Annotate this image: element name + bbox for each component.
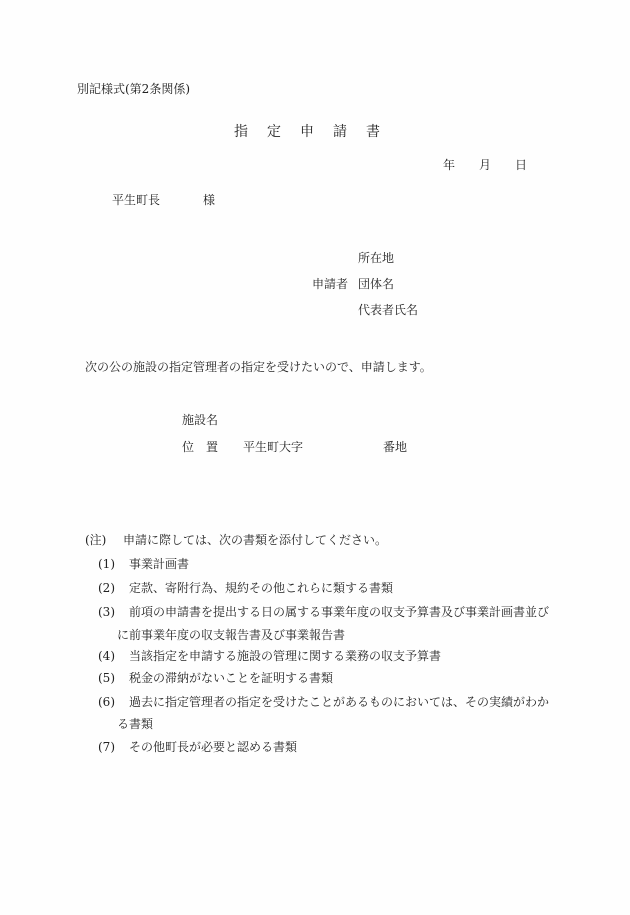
note-item-4-num: (4) (98, 648, 115, 664)
notes-marker: (注) (85, 532, 106, 548)
facility-position-label: 位 置 (182, 439, 218, 455)
note-item-2-text: 定款、寄附行為、規約その他これらに類する書類 (129, 580, 393, 596)
applicant-address-label: 所在地 (358, 250, 394, 266)
facility-address-suffix: 番地 (383, 439, 407, 455)
applicant-label: 申請者 (312, 276, 348, 292)
document-title: 指定申請書 (234, 123, 399, 141)
body-text: 次の公の施設の指定管理者の指定を受けたいので、申請します。 (85, 359, 432, 375)
addressee-name: 平生町長 (112, 192, 160, 208)
date-line: 年 月 日 (443, 157, 527, 173)
note-item-7-text: その他町長が必要と認める書類 (129, 739, 297, 755)
application-form-document: 別記様式(第2条関係) 指定申請書 年 月 日 平生町長 様 所在地 申請者 団… (0, 0, 630, 915)
note-item-3-text: 前項の申請書を提出する日の属する事業年度の収支予算書及び事業計画書並び (129, 604, 549, 620)
note-item-6-num: (6) (98, 694, 115, 710)
note-item-3-text-cont: に前事業年度の収支報告書及び事業報告書 (117, 627, 345, 643)
note-item-1-num: (1) (98, 556, 115, 572)
form-style-label: 別記様式(第2条関係) (77, 81, 190, 97)
applicant-group-label: 団体名 (358, 276, 394, 292)
addressee-honorific: 様 (203, 192, 215, 208)
note-item-6-text-cont: る書類 (117, 716, 153, 732)
note-item-4-text: 当該指定を申請する施設の管理に関する業務の収支予算書 (129, 648, 441, 664)
note-item-7-num: (7) (98, 739, 115, 755)
applicant-representative-label: 代表者氏名 (358, 302, 418, 318)
notes-header: 申請に際しては、次の書類を添付してください。 (123, 532, 387, 548)
note-item-6-text: 過去に指定管理者の指定を受けたことがあるものにおいては、その実績がわか (129, 694, 549, 710)
note-item-5-text: 税金の滞納がないことを証明する書類 (129, 670, 333, 686)
facility-address-prefix: 平生町大字 (243, 439, 303, 455)
note-item-3-num: (3) (98, 604, 115, 620)
facility-name-label: 施設名 (182, 412, 218, 428)
note-item-5-num: (5) (98, 670, 115, 686)
note-item-2-num: (2) (98, 580, 115, 596)
note-item-1-text: 事業計画書 (129, 556, 189, 572)
